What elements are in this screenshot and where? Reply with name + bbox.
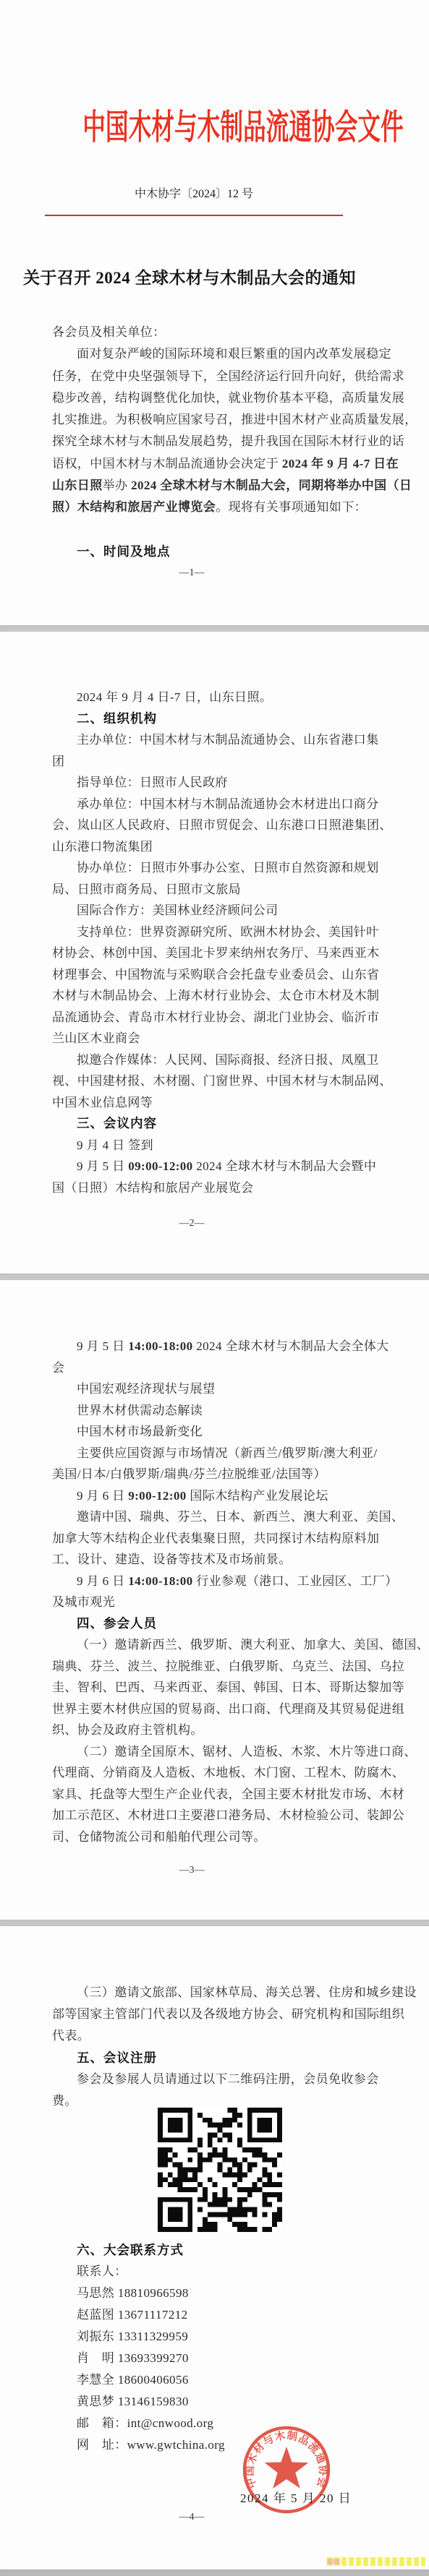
scanned-document: 中国木材与木制品流通协会文件 中木协字〔2024〕12 号 关于召开 2024 … bbox=[0, 0, 429, 2576]
doc-line bbox=[52, 519, 379, 541]
doc-line: 品流通协会、青岛市木材行业协会、湖北门业协会、临沂市 bbox=[52, 1007, 379, 1029]
red-divider bbox=[45, 215, 343, 216]
doc-line: 会 bbox=[52, 1357, 379, 1379]
doc-line: 任务，在党中央坚强领导下，全国经济运行回升向好，供给需求 bbox=[52, 366, 379, 387]
notice-title: 关于召开 2024 全球木材与木制品大会的通知 bbox=[0, 267, 379, 289]
doc-line: 照）木结构和旅居产业博览会。现将有关事项通知如下： bbox=[52, 497, 379, 518]
page-separator bbox=[0, 625, 429, 632]
doc-line: 兰山区木业商会 bbox=[52, 1028, 379, 1049]
doc-line: 国（日照）木结构和旅居产业展览会 bbox=[52, 1177, 379, 1199]
doc-line: 三、会议内容 bbox=[52, 1113, 379, 1135]
doc-line: 会、岚山区人民政府、日照市贸促会、山东港口日照港集团、 bbox=[52, 815, 379, 836]
doc-line: 刘振东 13311329959 bbox=[52, 2326, 379, 2348]
doc-line: 世界木材供需动态解读 bbox=[52, 1400, 379, 1422]
doc-line: 9 月 5 日 09:00-12:00 2024 全球木材与木制品大会暨中 bbox=[52, 1156, 379, 1177]
doc-line: 织、协会及政府主管机构。 bbox=[52, 1720, 379, 1741]
doc-line: 赵蓝图 13671117212 bbox=[52, 2304, 379, 2326]
doc-line: 加拿大等木结构企业代表集聚日照，共同探讨木结构原料加 bbox=[52, 1528, 379, 1550]
doc-line: 面对复杂严峻的国际环境和艰巨繁重的国内改革发展稳定 bbox=[52, 343, 379, 365]
doc-line: 肖 明 13693399270 bbox=[52, 2348, 379, 2369]
watermark bbox=[327, 2557, 425, 2566]
page-number: —3— bbox=[0, 1860, 383, 1881]
doc-line: 稳步改善，结构调整优化加快，就业物价基本平稳，高质量发展 bbox=[52, 387, 379, 409]
doc-line: 语权，中国木材与木制品流通协会决定于 2024 年 9 月 4-7 日在 bbox=[52, 453, 379, 475]
doc-line: 邀请中国、瑞典、芬兰、日本、新西兰、澳大利亚、美国、 bbox=[52, 1506, 379, 1528]
doc-line: 世界主要木材供应国的贸易商、出口商、代理商及其贸易促进组 bbox=[52, 1699, 379, 1720]
doc-line: 材理事会、中国物流与采购联合会托盘专业委员会、山东省 bbox=[52, 964, 379, 986]
doc-line: 山东港口物流集团 bbox=[52, 836, 379, 858]
doc-line: 9 月 4 日 签到 bbox=[52, 1135, 379, 1156]
page-number: —1— bbox=[0, 562, 383, 584]
doc-line: 扎实推进。为积极响应国家号召，推进中国木材产业高质量发展， bbox=[52, 409, 379, 431]
doc-line: 山东日照举办 2024 全球木材与木制品大会，同期将举办中国（日 bbox=[52, 475, 379, 497]
doc-line: 视、中国建材报、木材圈、门窗世界、中国木材与木制品网、 bbox=[52, 1070, 379, 1092]
doc-line: 李慧全 18600406056 bbox=[52, 2369, 379, 2391]
doc-line: 美国/日本/白俄罗斯/瑞典/芬兰/拉脱维亚/法国等） bbox=[52, 1464, 379, 1485]
doc-number: 中木协字〔2024〕12 号 bbox=[0, 186, 388, 202]
issue-date: 2024 年 5 月 20 日 bbox=[240, 2488, 385, 2506]
doc-line: 木材与木制品协会、上海木材行业协会、太仓市木材及木制 bbox=[52, 985, 379, 1007]
page-separator bbox=[0, 1920, 429, 1926]
doc-line: 圭、智利、巴西、马来西亚、泰国、韩国、日本、哥斯达黎加等 bbox=[52, 1677, 379, 1699]
doc-line: 承办单位：中国木材与木制品流通协会木材进出口商分 bbox=[52, 794, 379, 815]
doc-line: （二）邀请全国原木、锯材、人造板、木浆、木片等进口商、 bbox=[52, 1741, 379, 1763]
doc-line: 家具、托盘等大型生产企业代表，全国主要木材批发市场、木材 bbox=[52, 1784, 379, 1806]
doc-line: 黄思梦 13146159830 bbox=[52, 2391, 379, 2413]
doc-line: 材协会、林创中国、美国北卡罗来纳州农务厅、马来西亚木 bbox=[52, 943, 379, 964]
doc-line: 代理商、分销商及人造板、木地板、木门窗、工程木、防腐木、 bbox=[52, 1762, 379, 1784]
doc-line: 及城市观光 bbox=[52, 1592, 379, 1613]
doc-line: 四、参会人员 bbox=[52, 1613, 379, 1635]
doc-line: 主办单位：中国木材与木制品流通协会、山东省港口集 bbox=[52, 729, 379, 751]
doc-line: 六、大会联系方式 bbox=[52, 2239, 379, 2261]
doc-line: 瑞典、芬兰、波兰、拉脱维亚、白俄罗斯、乌克兰、法国、乌拉 bbox=[52, 1656, 379, 1678]
doc-line: 主要供应国资源与市场情况（新西兰/俄罗斯/澳大利亚/ bbox=[52, 1443, 379, 1464]
registration-qr-code bbox=[158, 2107, 282, 2233]
doc-line: 中国宏观经济现状与展望 bbox=[52, 1378, 379, 1400]
doc-line: 部等国家主管部门代表以及各级地方协会、研究机构和国际组织 bbox=[52, 2004, 379, 2025]
page-number: —2— bbox=[0, 1213, 383, 1235]
doc-line: 中国木业信息网等 bbox=[52, 1092, 379, 1114]
doc-line: 9 月 5 日 14:00-18:00 2024 全球木材与木制品大会全体大 bbox=[52, 1336, 379, 1357]
doc-line: 中国木材市场最新变化 bbox=[52, 1421, 379, 1443]
doc-line: 指导单位：日照市人民政府 bbox=[52, 772, 379, 794]
org-header-title: 中国木材与木制品流通协会文件 bbox=[0, 107, 429, 149]
doc-line: 协办单位：日照市外事办公室、日照市自然资源和规划 bbox=[52, 857, 379, 879]
doc-line: 五、会议注册 bbox=[52, 2047, 379, 2069]
doc-line: 各会员及相关单位： bbox=[52, 322, 379, 343]
doc-line: 国际合作方：美国林业经济顾问公司 bbox=[52, 900, 379, 922]
doc-line: 9 月 6 日 9:00-12:00 国际木结构产业发展论坛 bbox=[52, 1485, 379, 1507]
doc-line: 工、设计、建造、设备等技术及市场前景。 bbox=[52, 1549, 379, 1571]
page-separator bbox=[0, 2569, 429, 2576]
doc-line: 参会及参展人员请通过以下二维码注册，会员免收参会 bbox=[52, 2069, 379, 2090]
doc-line: 团 bbox=[52, 751, 379, 773]
doc-line: 2024 年 9 月 4 日-7 日，山东日照。 bbox=[52, 687, 379, 708]
doc-line: 支持单位：世界资源研究所、欧洲木材协会、美国针叶 bbox=[52, 922, 379, 943]
doc-line: 9 月 6 日 14:00-18:00 行业参观（港口、工业园区、工厂） bbox=[52, 1571, 379, 1592]
doc-line: （三）邀请文旅部、国家林草局、海关总署、住房和城乡建设 bbox=[52, 1982, 379, 2004]
doc-line: 联系人： bbox=[52, 2261, 379, 2283]
doc-line: （一）邀请新西兰、俄罗斯、澳大利亚、加拿大、美国、德国、 bbox=[52, 1634, 379, 1656]
star-icon bbox=[265, 2447, 309, 2489]
doc-line: 一、时间及地点 bbox=[52, 541, 379, 562]
doc-line: 代表。 bbox=[52, 2025, 379, 2047]
doc-line: 马思然 18810966598 bbox=[52, 2283, 379, 2304]
doc-line: 加工示范区、木材进口主要港口港务局、木材检验公司、装卸公 bbox=[52, 1805, 379, 1826]
doc-line: 探究全球木材与木制品发展趋势，提升我国在国际木材行业的话 bbox=[52, 431, 379, 452]
doc-line: 局、日照市商务局、日照市文旅局 bbox=[52, 879, 379, 901]
doc-line: 二、组织机构 bbox=[52, 708, 379, 730]
doc-line: 拟邀合作媒体：人民网、国际商报、经济日报、凤凰卫 bbox=[52, 1049, 379, 1071]
doc-line: 司、仓储物流公司和船舶代理公司等。 bbox=[52, 1826, 379, 1848]
page-separator bbox=[0, 1274, 429, 1280]
